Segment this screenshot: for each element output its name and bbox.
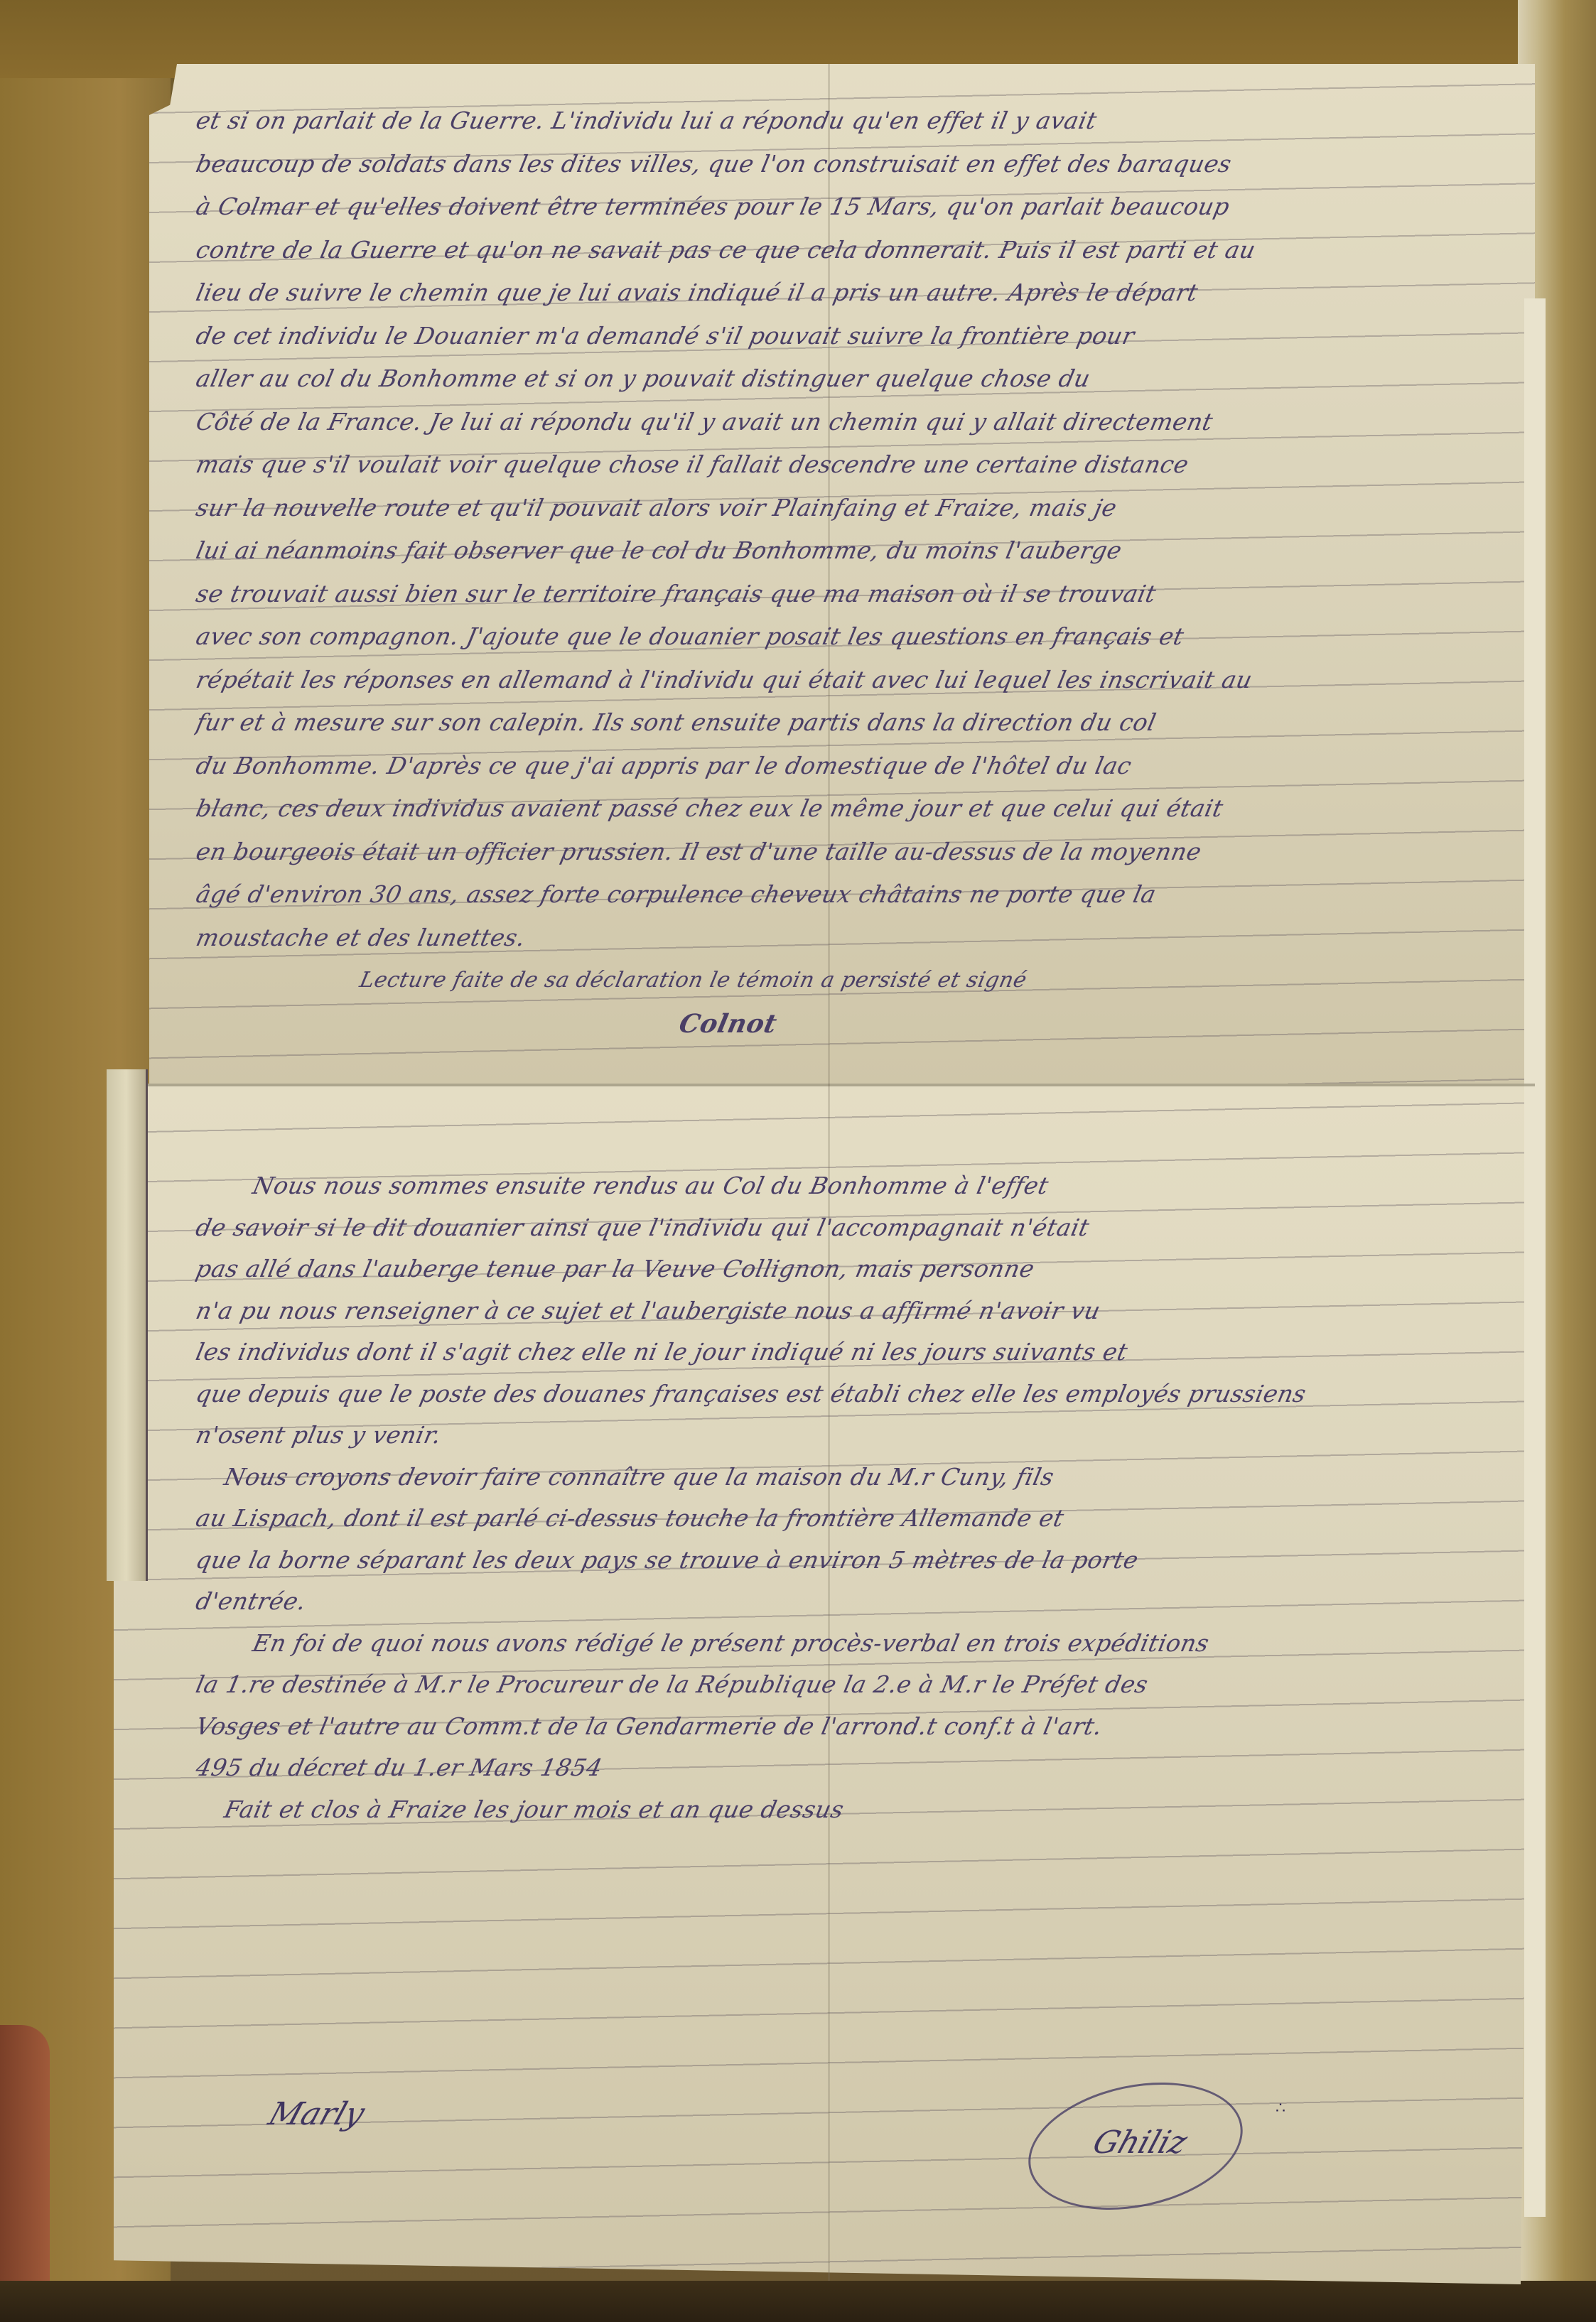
manuscript-line: beaucoup de soldats dans les dites ville…: [192, 143, 1537, 186]
manuscript-line: répétait les réponses en allemand à l'in…: [192, 659, 1537, 702]
manuscript-line: fur et à mesure sur son calepin. Ils son…: [192, 701, 1537, 745]
manuscript-line: au Lispach, dont il est parlé ci-dessus …: [192, 1498, 1536, 1540]
manuscript-line: blanc, ces deux individus avaient passé …: [192, 787, 1537, 831]
holding-hand: [0, 2025, 50, 2322]
manuscript-line: âgé d'environ 30 ans, assez forte corpul…: [192, 873, 1537, 917]
manuscript-line: Nous nous sommes ensuite rendus au Col d…: [192, 1165, 1536, 1207]
manuscript-line: d'entrée.: [192, 1581, 1536, 1623]
manuscript-line: Nous croyons devoir faire connaître que …: [192, 1457, 1536, 1498]
manuscript-line: que la borne séparant les deux pays se t…: [192, 1540, 1536, 1582]
bottom-shadow: [0, 2281, 1596, 2322]
manuscript-line: avec son compagnon. J'ajoute que le doua…: [192, 615, 1537, 659]
witness-signature: Colnot: [192, 1003, 1537, 1046]
manuscript-line: n'a pu nous renseigner à ce sujet et l'a…: [192, 1290, 1536, 1332]
manuscript-line: se trouvait aussi bien sur le territoire…: [192, 573, 1537, 616]
manuscript-line: En foi de quoi nous avons rédigé le prés…: [192, 1623, 1536, 1665]
signature-left: Marly: [264, 2096, 370, 2132]
manuscript-line: la 1.re destinée à M.r le Procureur de l…: [192, 1664, 1536, 1706]
manuscript-line: Fait et clos à Fraize les jour mois et a…: [192, 1789, 1536, 1831]
manuscript-line: lui ai néanmoins fait observer que le co…: [192, 529, 1537, 573]
manuscript-line: les individus dont il s'agit chez elle n…: [192, 1332, 1536, 1373]
binding-strip: [107, 1069, 148, 1581]
ink-mark-icon: ∴: [1276, 2100, 1285, 2117]
manuscript-line: de cet individu le Douanier m'a demandé …: [192, 315, 1537, 358]
manuscript-line: aller au col du Bonhomme et si on y pouv…: [192, 357, 1537, 401]
witness-closing-formula: Lecture faite de sa déclaration le témoi…: [192, 959, 1537, 1003]
manuscript-line: sur la nouvelle route et qu'il pouvait a…: [192, 487, 1537, 530]
manuscript-line: n'osent plus y venir.: [192, 1415, 1536, 1457]
manuscript-line: en bourgeois était un officier prussien.…: [192, 831, 1537, 874]
manuscript-line: moustache et des lunettes.: [192, 917, 1537, 960]
manuscript-line: pas allé dans l'auberge tenue par la Veu…: [192, 1248, 1536, 1290]
lower-sheet-text: Nous nous sommes ensuite rendus au Col d…: [192, 1165, 1528, 1830]
horizontal-fold-crease: [114, 1084, 1535, 1086]
signature-right: Ghiliz: [1089, 2124, 1192, 2161]
manuscript-line: à Colmar et qu'elles doivent être termin…: [192, 185, 1537, 229]
manuscript-line: contre de la Guerre et qu'on ne savait p…: [192, 229, 1537, 272]
manuscript-line: de savoir si le dit douanier ainsi que l…: [192, 1207, 1536, 1249]
manuscript-line: lieu de suivre le chemin que je lui avai…: [192, 271, 1537, 315]
manuscript-line: mais que s'il voulait voir quelque chose…: [192, 443, 1537, 487]
manuscript-line: 495 du décret du 1.er Mars 1854: [192, 1747, 1536, 1789]
manuscript-line: que depuis que le poste des douanes fran…: [192, 1373, 1536, 1415]
manuscript-line: et si on parlait de la Guerre. L'individ…: [192, 99, 1537, 143]
manuscript-line: Côté de la France. Je lui ai répondu qu'…: [192, 401, 1537, 444]
upper-sheet-text: et si on parlait de la Guerre. L'individ…: [192, 99, 1528, 1045]
manuscript-line: Vosges et l'autre au Comm.t de la Gendar…: [192, 1706, 1536, 1748]
manuscript-line: du Bonhomme. D'après ce que j'ai appris …: [192, 745, 1537, 788]
